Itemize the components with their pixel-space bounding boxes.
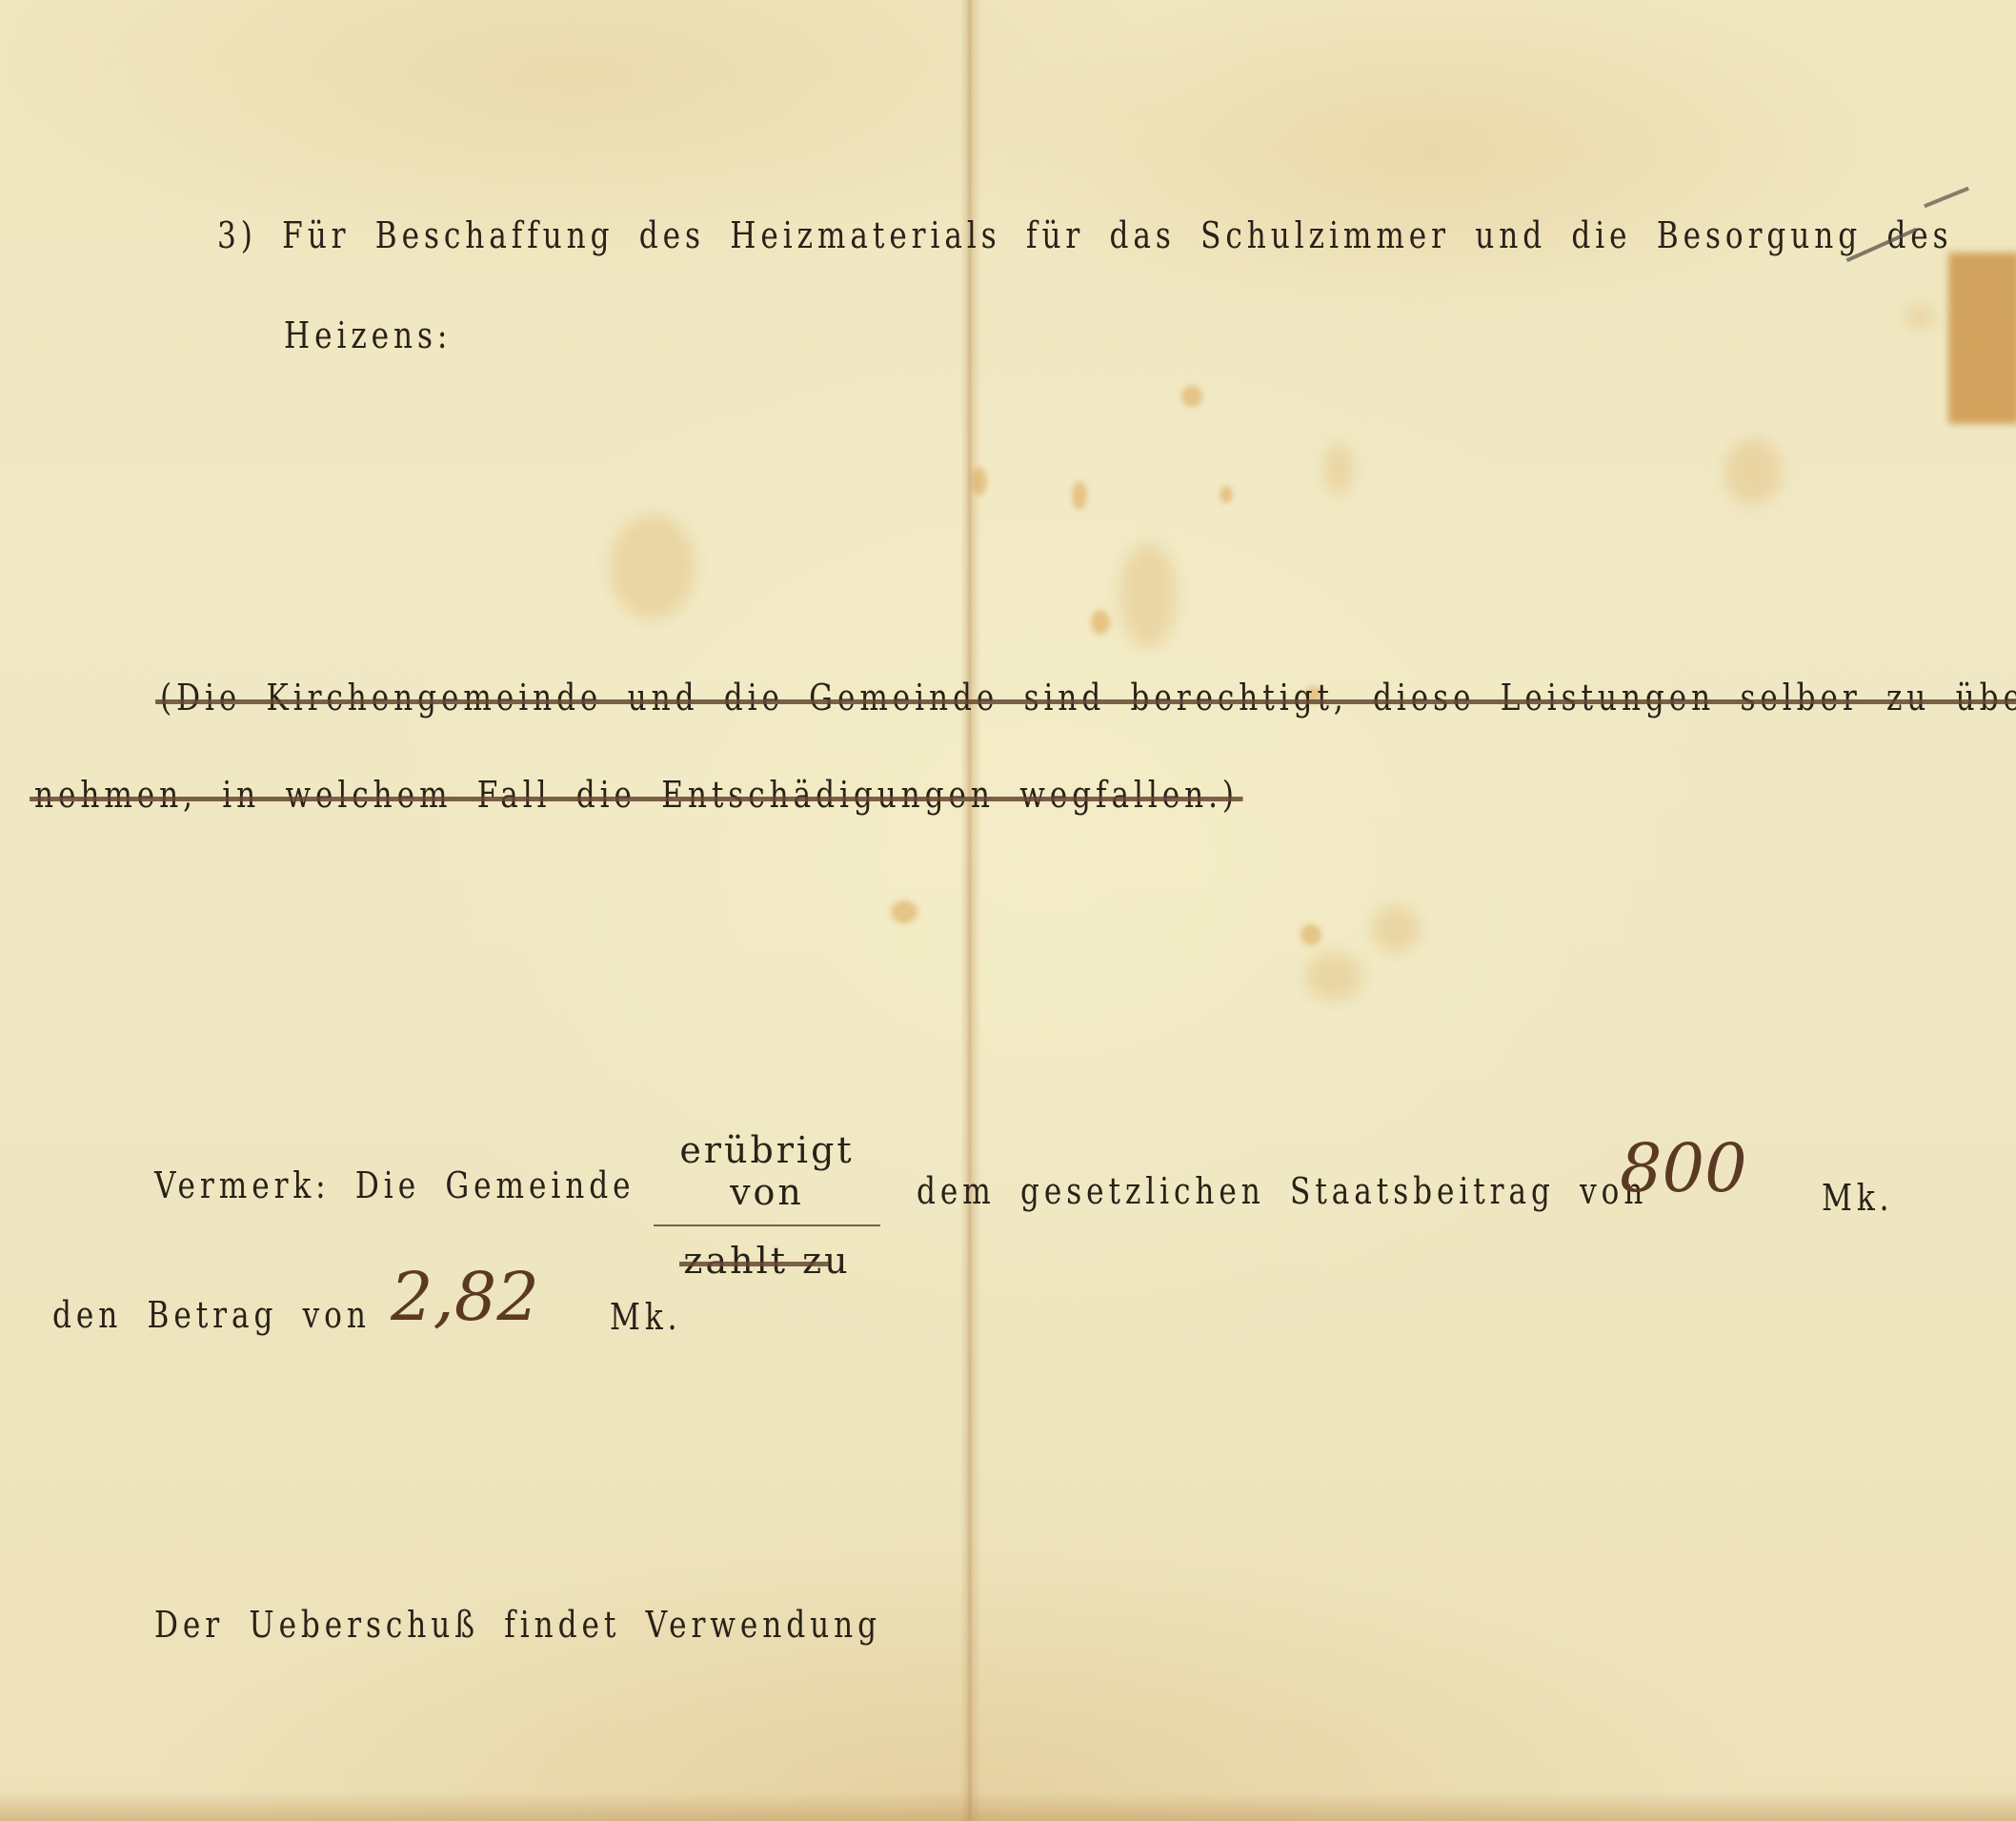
section-number: 3)	[217, 214, 257, 256]
ueberschuss-line: Der Ueberschuß findet Verwendung	[154, 1604, 881, 1646]
struck-clause-text-2: nehmen, in welchem Fall die Entschädigun…	[34, 774, 1239, 816]
stain	[1300, 924, 1321, 945]
handwritten-betrag-amount: 2,82	[391, 1258, 539, 1336]
stain	[1091, 610, 1110, 635]
betrag-unit: Mk.	[610, 1296, 681, 1338]
fraction-bar	[654, 1224, 880, 1226]
ueberschuss-text: Der Ueberschuß findet Verwendung	[154, 1604, 881, 1646]
stain	[1905, 305, 1934, 329]
option-zahlt-zu-struck: zahlt zu	[683, 1240, 850, 1282]
stain	[1324, 443, 1353, 496]
vermerk-label: Vermerk: Die Gemeinde	[154, 1164, 635, 1206]
section-3-line-2: Heizens:	[284, 314, 452, 356]
stain	[1305, 953, 1362, 1001]
stain	[1072, 481, 1087, 510]
paper-bottom-edge	[0, 1791, 2016, 1821]
vermerk-middle: dem gesetzlichen Staatsbeitrag von	[917, 1170, 1647, 1212]
stain	[1372, 905, 1420, 953]
stain	[972, 467, 987, 496]
betrag-label: den Betrag von	[52, 1294, 371, 1336]
struck-clause-line-2: nehmen, in welchem Fall die Entschädigun…	[34, 774, 1239, 816]
document-page: 3) Für Beschaffung des Heizmaterials für…	[0, 0, 2016, 1821]
stain	[1119, 543, 1177, 648]
paper-fold-line	[960, 0, 981, 1821]
section-3-text: Für Beschaffung des Heizmaterials für da…	[282, 214, 1862, 256]
option-erubrigt-von: erübrigt von	[648, 1129, 886, 1213]
unit-mk-2: Mk.	[610, 1296, 681, 1338]
handwritten-staatsbeitrag-amount: 800	[1620, 1129, 1747, 1207]
unit-mk: Mk.	[1822, 1177, 1893, 1219]
rust-stain-right-edge	[1948, 253, 2016, 424]
pencil-mark	[1924, 187, 1969, 208]
vermerk-text: Vermerk: Die Gemeinde	[154, 1164, 635, 1206]
stain	[610, 515, 696, 619]
stain	[1181, 386, 1202, 407]
heizens-label: Heizens:	[284, 314, 452, 356]
stain	[1724, 438, 1782, 505]
section-3-line-1: 3) Für Beschaffung des Heizmaterials für…	[217, 214, 1953, 256]
struck-clause-text-1: (Die Kirchengemeinde und die Gemeinde si…	[160, 677, 2016, 718]
vermerk-option-fraction: erübrigt von zahlt zu	[648, 1129, 886, 1282]
vermerk-unit: Mk.	[1822, 1177, 1893, 1219]
struck-clause-line-1: (Die Kirchengemeinde und die Gemeinde si…	[160, 677, 2016, 718]
stain	[1220, 486, 1233, 503]
stain	[891, 900, 917, 923]
betrag-line-label: den Betrag von	[52, 1294, 371, 1336]
staatsbeitrag-text: dem gesetzlichen Staatsbeitrag von	[917, 1170, 1647, 1212]
